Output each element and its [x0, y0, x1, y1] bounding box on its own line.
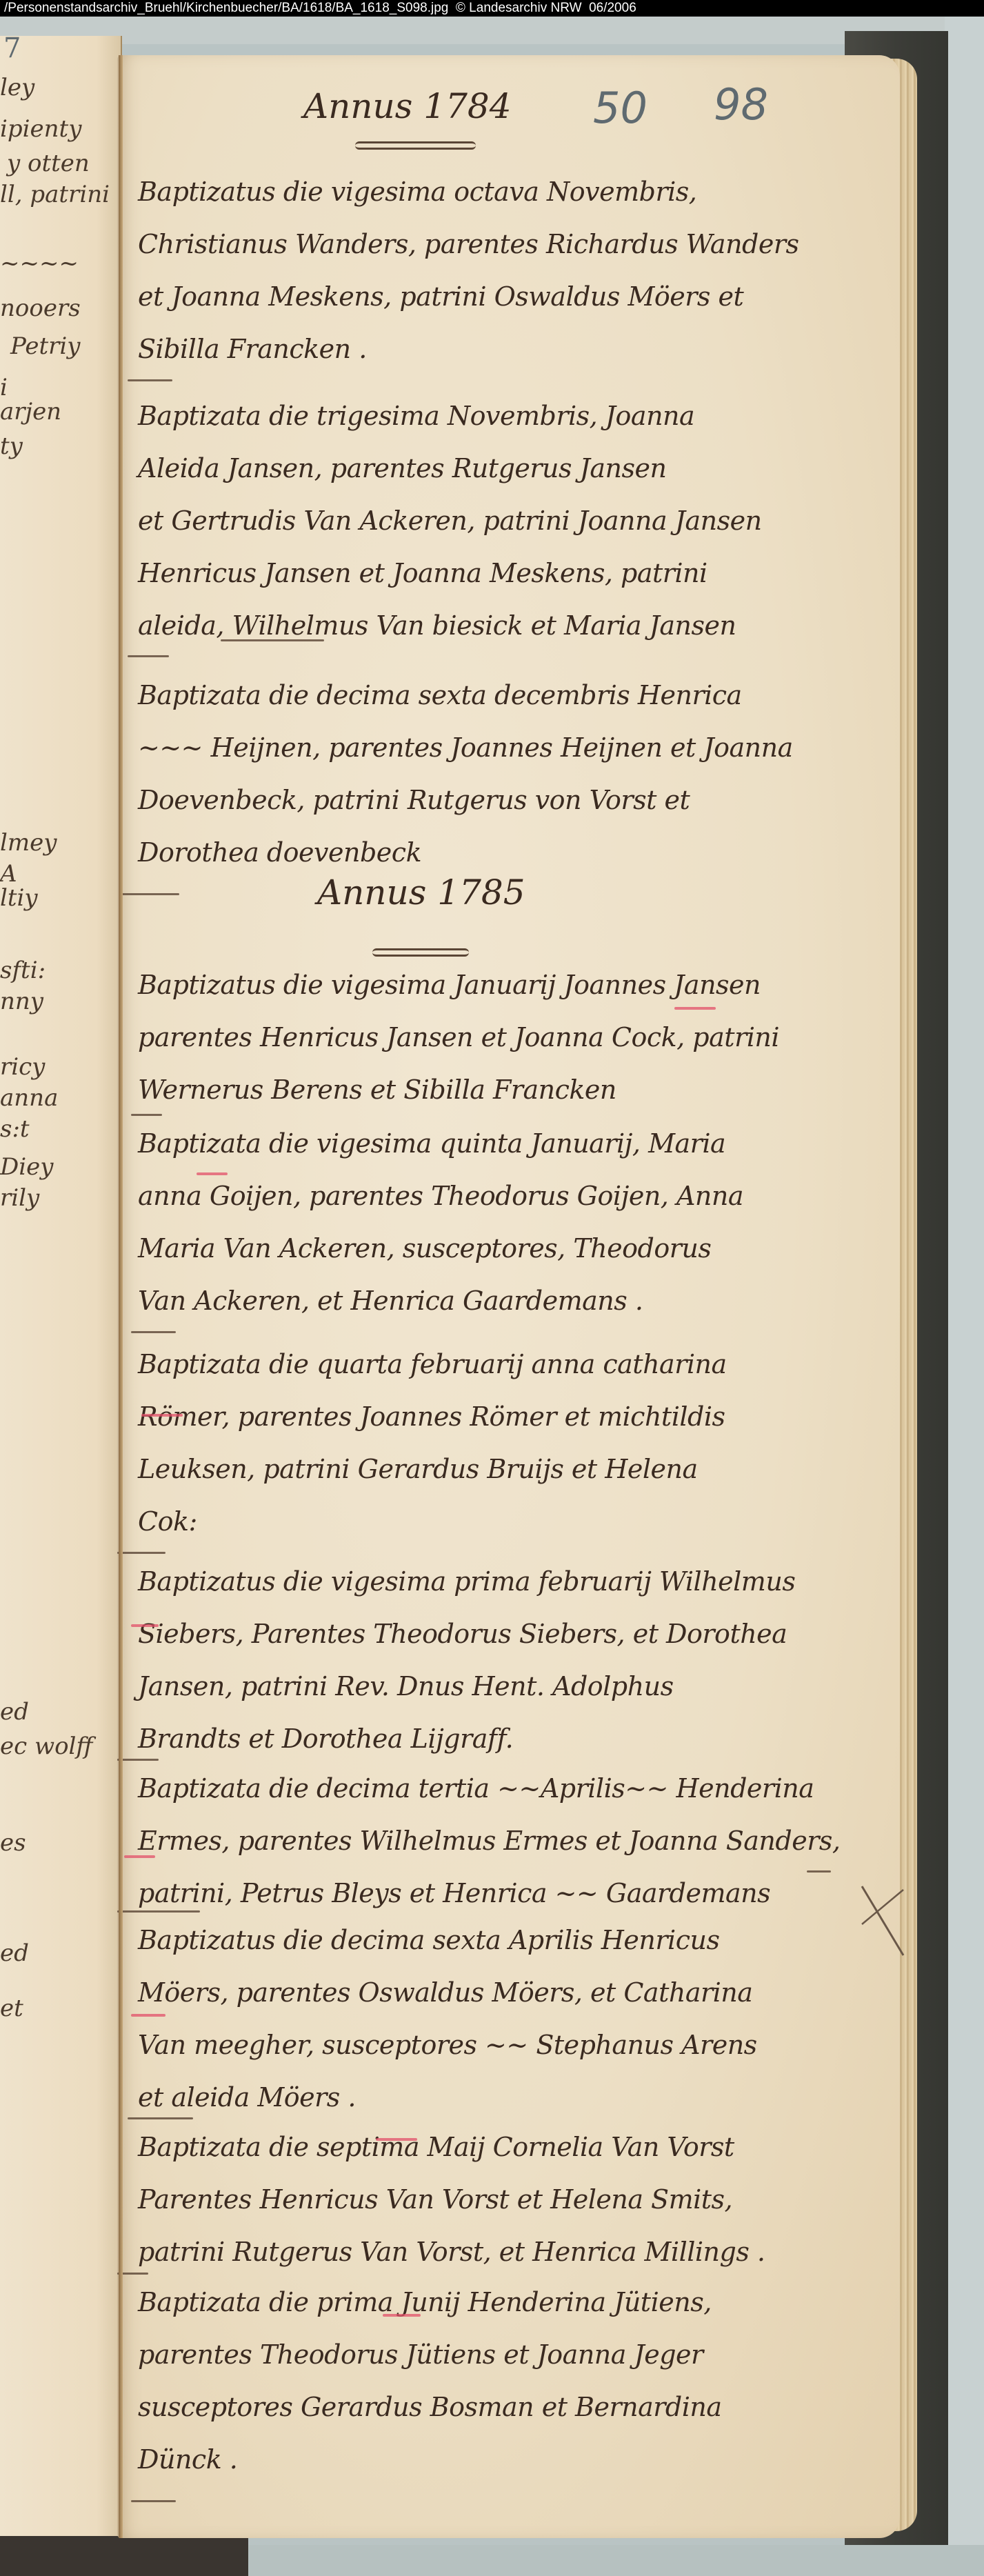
- entry-line: parentes Henricus Jansen et Joanna Cock,…: [138, 1011, 862, 1064]
- entry-separator: [131, 2500, 176, 2502]
- left-fragment: sfti:: [0, 957, 46, 984]
- entry-line: Leuksen, patrini Gerardus Bruijs et Hele…: [138, 1443, 862, 1495]
- entry-line: Möers, parentes Oswaldus Möers, et Catha…: [138, 1966, 862, 2019]
- left-fragment: ed: [0, 1698, 29, 1726]
- left-fragment: nny: [0, 988, 43, 1015]
- entry-line: anna Goijen, parentes Theodorus Goijen, …: [138, 1170, 862, 1222]
- entry-line: Baptizatus die decima sexta Aprilis Henr…: [138, 1914, 862, 1966]
- left-fragment: arjen: [0, 398, 61, 426]
- left-fragment: ~~~~: [0, 250, 79, 277]
- register-page: Annus 1784 50 98 Baptizatus die vigesima…: [117, 55, 900, 2538]
- left-fragment: es: [0, 1829, 26, 1857]
- baptism-entry: Baptizata die decima tertia ~~Aprilis~~ …: [138, 1762, 862, 1919]
- red-pencil-underline: [376, 2138, 417, 2141]
- entry-line: Baptizata die decima tertia ~~Aprilis~~ …: [138, 1762, 862, 1815]
- entry-line: Baptizatus die vigesima prima februarij …: [138, 1555, 862, 1608]
- entry-line: et Joanna Meskens, patrini Oswaldus Möer…: [138, 270, 862, 323]
- scan-date: 06/2006: [589, 1, 636, 15]
- entry-separator: [117, 1910, 200, 1913]
- entry-line: Baptizata die prima Junij Henderina Jüti…: [138, 2276, 862, 2328]
- left-fragment: ley: [0, 74, 34, 101]
- left-fragment: ricy: [0, 1053, 45, 1081]
- entry-line: Römer, parentes Joannes Römer et michtil…: [138, 1390, 862, 1443]
- baptism-entry: Baptizata die prima Junij Henderina Jüti…: [138, 2276, 862, 2486]
- year-heading: Annus 1784: [303, 86, 512, 126]
- entry-line: et aleida Möers .: [138, 2071, 862, 2124]
- entry-line: parentes Theodorus Jütiens et Joanna Jeg…: [138, 2328, 862, 2381]
- entry-line: Cok:: [138, 1495, 862, 1548]
- entry-separator: [121, 893, 179, 895]
- scan-background-top: [0, 17, 984, 44]
- baptism-entry: Baptizatus die vigesima prima februarij …: [138, 1555, 862, 1765]
- heading-underline: [372, 948, 469, 957]
- baptism-entry: Baptizatus die vigesima Januarij Joannes…: [138, 959, 862, 1116]
- scan-background-right: [945, 17, 984, 2576]
- left-fragment: ed: [0, 1939, 29, 1967]
- entry-separator: [807, 1870, 831, 1873]
- entry-separator: [128, 2117, 193, 2119]
- baptism-entry: Baptizata die trigesima Novembris, Joann…: [138, 390, 862, 652]
- left-fragment: lmey: [0, 829, 57, 857]
- entry-separator: [117, 1759, 159, 1761]
- entry-line: Dünck .: [138, 2433, 862, 2486]
- entry-separator: [131, 1331, 176, 1333]
- entry-line: Baptizata die septima Maij Cornelia Van …: [138, 2121, 862, 2173]
- left-fragment: ipienty: [0, 115, 81, 143]
- archive-caption-bar: /Personenstandsarchiv_Bruehl/Kirchenbuec…: [0, 0, 984, 17]
- entry-line: Baptizata die vigesima quinta Januarij, …: [138, 1117, 862, 1170]
- left-fragment: i: [0, 374, 8, 401]
- entry-line: Baptizatus die vigesima octava Novembris…: [138, 166, 862, 218]
- heading-underline: [355, 141, 476, 150]
- baptism-entry: Baptizatus die decima sexta Aprilis Henr…: [138, 1914, 862, 2124]
- baptism-entry: Baptizata die quarta februarij anna cath…: [138, 1338, 862, 1548]
- red-pencil-underline: [131, 1624, 159, 1627]
- entry-line: et Gertrudis Van Ackeren, patrini Joanna…: [138, 495, 862, 547]
- entry-line: Christianus Wanders, parentes Richardus …: [138, 218, 862, 270]
- entry-line: Ermes, parentes Wilhelmus Ermes et Joann…: [138, 1815, 862, 1867]
- left-fragment: y otten: [7, 150, 90, 177]
- left-fragment: Petriy: [10, 332, 80, 360]
- manuscript-text: Annus 1784 50 98 Baptizatus die vigesima…: [117, 55, 900, 2538]
- entry-line: Van Ackeren, et Henrica Gaardemans .: [138, 1275, 862, 1327]
- red-pencil-underline: [674, 1007, 716, 1010]
- entry-line: Henricus Jansen et Joanna Meskens, patri…: [138, 547, 862, 599]
- left-fragment: Diey: [0, 1153, 53, 1181]
- left-page-text-fragments: 7 ley ipienty y otten ll, patrini ~~~~ n…: [0, 36, 121, 2536]
- baptism-entry: Baptizata die septima Maij Cornelia Van …: [138, 2121, 862, 2278]
- entry-separator: [131, 1114, 162, 1116]
- entry-separator: [117, 1552, 165, 1554]
- entry-separator: [128, 379, 172, 381]
- entry-line: Sibilla Francken .: [138, 323, 862, 375]
- baptism-entry: Baptizatus die vigesima octava Novembris…: [138, 166, 862, 375]
- margin-cross-mark: [859, 1883, 907, 1959]
- left-fragment: ec wolff: [0, 1733, 93, 1760]
- year-heading: Annus 1785: [317, 872, 525, 912]
- scan-background-bottom: [248, 2545, 984, 2576]
- entry-line: Siebers, Parentes Theodorus Siebers, et …: [138, 1608, 862, 1660]
- baptism-entry: Baptizata die decima sexta decembris Hen…: [138, 669, 862, 879]
- entry-line: Parentes Henricus Van Vorst et Helena Sm…: [138, 2173, 862, 2226]
- red-pencil-underline: [197, 1172, 228, 1175]
- page-number-pencil: 98: [714, 79, 768, 130]
- entry-line: Baptizata die quarta februarij anna cath…: [138, 1338, 862, 1390]
- entry-separator: [221, 639, 324, 641]
- folio-number-pencil: 50: [593, 83, 647, 133]
- book-cover-bottom: [0, 2535, 248, 2576]
- entry-line: Doevenbeck, patrini Rutgerus von Vorst e…: [138, 774, 862, 826]
- left-fragment: et: [0, 1995, 23, 2022]
- entry-line: Brandts et Dorothea Lijgraff.: [138, 1713, 862, 1765]
- left-fragment: ty: [0, 432, 23, 460]
- entry-line: Baptizata die trigesima Novembris, Joann…: [138, 390, 862, 442]
- left-fragment: 7: [3, 32, 21, 64]
- red-pencil-underline: [131, 2014, 165, 2017]
- left-facing-page: 7 ley ipienty y otten ll, patrini ~~~~ n…: [0, 36, 122, 2536]
- left-fragment: rily: [0, 1184, 39, 1212]
- baptism-entry: Baptizata die vigesima quinta Januarij, …: [138, 1117, 862, 1327]
- entry-line: Aleida Jansen, parentes Rutgerus Jansen: [138, 442, 862, 495]
- entry-line: Dorothea doevenbeck: [138, 826, 862, 879]
- entry-line: Baptizatus die vigesima Januarij Joannes…: [138, 959, 862, 1011]
- red-pencil-underline: [383, 2314, 421, 2317]
- red-pencil-underline: [124, 1855, 155, 1858]
- book-gutter: [119, 55, 123, 2538]
- entry-line: patrini Rutgerus Van Vorst, et Henrica M…: [138, 2226, 862, 2278]
- left-fragment: anna: [0, 1084, 58, 1112]
- entry-line: aleida, Wilhelmus Van biesick et Maria J…: [138, 599, 862, 652]
- left-fragment: ll, patrini: [0, 181, 110, 208]
- entry-line: patrini, Petrus Bleys et Henrica ~~ Gaar…: [138, 1867, 862, 1919]
- entry-line: Maria Van Ackeren, susceptores, Theodoru…: [138, 1222, 862, 1275]
- entry-line: susceptores Gerardus Bosman et Bernardin…: [138, 2381, 862, 2433]
- entry-line: Van meegher, susceptores ~~ Stephanus Ar…: [138, 2019, 862, 2071]
- entry-line: ~~~ Heijnen, parentes Joannes Heijnen et…: [138, 721, 862, 774]
- entry-line: Jansen, patrini Rev. Dnus Hent. Adolphus: [138, 1660, 862, 1713]
- left-fragment: ltiy: [0, 884, 38, 912]
- image-path: /Personenstandsarchiv_Bruehl/Kirchenbuec…: [4, 1, 448, 15]
- left-fragment: A: [0, 860, 17, 888]
- entry-line: Wernerus Berens et Sibilla Francken: [138, 1064, 862, 1116]
- left-fragment: nooers: [0, 294, 81, 322]
- entry-line: Baptizata die decima sexta decembris Hen…: [138, 669, 862, 721]
- red-pencil-underline: [141, 1414, 183, 1417]
- left-fragment: s:t: [0, 1115, 30, 1143]
- copyright-notice: © Landesarchiv NRW: [456, 1, 582, 15]
- entry-separator: [128, 655, 169, 657]
